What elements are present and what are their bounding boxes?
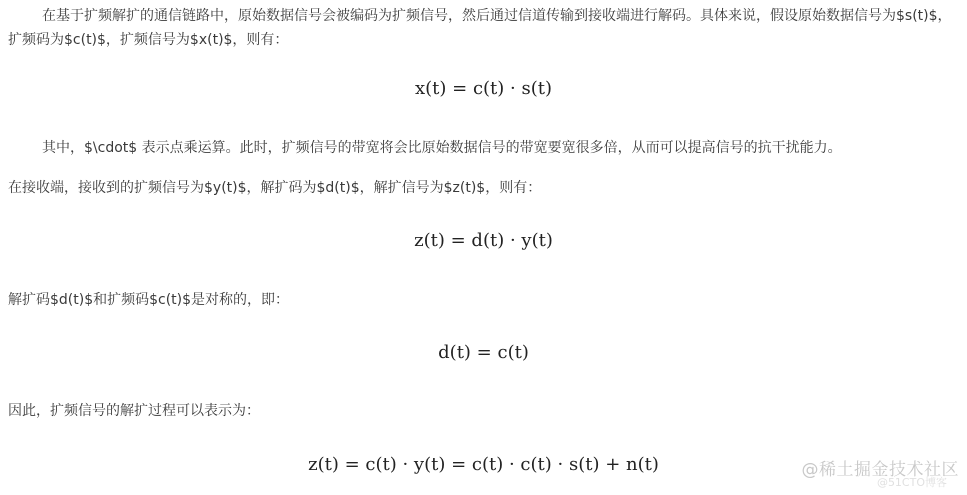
equation-symmetric: d(t) = c(t) [0, 342, 967, 363]
equation-despread: z(t) = d(t) · y(t) [0, 230, 967, 251]
paragraph-therefore: 因此，扩频信号的解扩过程可以表示为： [8, 399, 260, 423]
equation-spread: x(t) = c(t) · s(t) [0, 78, 967, 99]
paragraph-intro: 在基于扩频解扩的通信链路中，原始数据信号会被编码为扩频信号，然后通过信道传输到接… [8, 4, 958, 52]
paragraph-receiver: 在接收端，接收到的扩频信号为$y(t)$，解扩码为$d(t)$，解扩信号为$z(… [8, 176, 541, 200]
watermark-51cto: @51CTO博客 [877, 474, 947, 490]
paragraph-symmetric: 解扩码$d(t)$和扩频码$c(t)$是对称的，即： [8, 288, 289, 312]
paragraph-cdot: 其中，$\cdot$ 表示点乘运算。此时，扩频信号的带宽将会比原始数据信号的带宽… [8, 136, 842, 160]
